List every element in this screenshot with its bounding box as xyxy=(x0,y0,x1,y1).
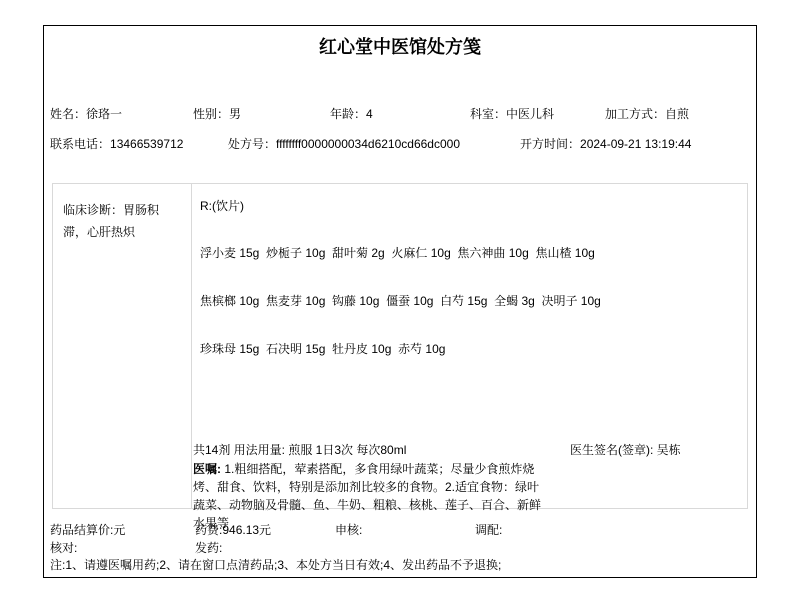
settlement-price-field: 药品结算价:元 xyxy=(50,523,125,537)
department-value: 中医儿科 xyxy=(506,107,554,121)
advice-line-1-text: 1.粗细搭配，荤素搭配，多食用绿叶蔬菜；尽量少食煎炸烧 xyxy=(224,462,534,476)
issue-label: 发药: xyxy=(195,541,222,555)
review-field: 申核: xyxy=(335,523,362,537)
advice-line-1: 医嘱: 1.粗细搭配，荤素搭配，多食用绿叶蔬菜；尽量少食煎炸烧 xyxy=(193,460,541,478)
herb-line-3: 珍珠母 15g 石决明 15g 牡丹皮 10g 赤芍 10g xyxy=(200,342,445,356)
processing-method-field: 加工方式：自煎 xyxy=(605,107,689,121)
department-label: 科室： xyxy=(470,107,506,121)
patient-age-value: 4 xyxy=(366,107,373,121)
medicine-fee-field: 药费:946.13元 xyxy=(195,523,271,537)
herb-line-2: 焦槟榔 10g 焦麦芽 10g 钩藤 10g 僵蚕 10g 白芍 15g 全蝎 … xyxy=(200,294,601,308)
rx-number-label: 处方号： xyxy=(228,137,276,151)
settlement-price-value: 元 xyxy=(113,523,125,537)
issue-field: 发药: xyxy=(195,541,222,555)
patient-age-label: 年龄： xyxy=(330,107,366,121)
patient-gender-label: 性别： xyxy=(193,107,229,121)
patient-gender-value: 男 xyxy=(229,107,241,121)
patient-age-field: 年龄：4 xyxy=(330,107,373,121)
issue-time-field: 开方时间：2024-09-21 13:19:44 xyxy=(520,137,691,151)
doctor-signature-value: 吴栋 xyxy=(657,443,681,457)
doctor-signature-field: 医生签名(签章): 吴栋 xyxy=(570,443,681,457)
rx-header: R:(饮片) xyxy=(200,199,244,213)
department-field: 科室：中医儿科 xyxy=(470,107,554,121)
phone-value: 13466539712 xyxy=(110,137,183,151)
dispense-label: 调配: xyxy=(475,523,502,537)
page-title: 红心堂中医馆处方笺 xyxy=(43,36,757,58)
usage-line: 共14剂 用法用量: 煎服 1日3次 每次80ml xyxy=(193,443,406,457)
rx-number-value: ffffffff0000000034d6210cd66dc000 xyxy=(276,137,460,151)
processing-method-value: 自煎 xyxy=(665,107,689,121)
herb-line-1: 浮小麦 15g 炒栀子 10g 甜叶菊 2g 火麻仁 10g 焦六神曲 10g … xyxy=(200,246,595,260)
review-label: 申核: xyxy=(335,523,362,537)
patient-name-field: 姓名：徐珞一 xyxy=(50,107,122,121)
patient-name-value: 徐珞一 xyxy=(86,107,122,121)
doctor-signature-label: 医生签名(签章): xyxy=(570,443,657,457)
check-field: 核对: xyxy=(50,541,77,555)
issue-time-label: 开方时间： xyxy=(520,137,580,151)
rx-number-field: 处方号：ffffffff0000000034d6210cd66dc000 xyxy=(228,137,460,151)
phone-label: 联系电话： xyxy=(50,137,110,151)
prescription-page: 红心堂中医馆处方笺 姓名：徐珞一 性别：男 年龄：4 科室：中医儿科 加工方式：… xyxy=(0,0,800,600)
medicine-fee-label: 药费: xyxy=(195,523,222,537)
patient-gender-field: 性别：男 xyxy=(193,107,241,121)
advice-line-3: 蔬菜、动物脑及骨髓、鱼、牛奶、粗粮、核桃、莲子、百合、新鲜 xyxy=(193,496,541,514)
settlement-price-label: 药品结算价: xyxy=(50,523,113,537)
issue-time-value: 2024-09-21 13:19:44 xyxy=(580,137,691,151)
advice-line-2: 烤、甜食、饮料，特别是添加剂比较多的食物。2.适宜食物：绿叶 xyxy=(193,478,541,496)
dispense-field: 调配: xyxy=(475,523,502,537)
check-label: 核对: xyxy=(50,541,77,555)
processing-method-label: 加工方式： xyxy=(605,107,665,121)
phone-field: 联系电话：13466539712 xyxy=(50,137,183,151)
advice-label: 医嘱: xyxy=(193,462,224,476)
patient-name-label: 姓名： xyxy=(50,107,86,121)
diagnosis-label: 临床诊断： xyxy=(63,203,123,217)
notes-line: 注:1、请遵医嘱用药;2、请在窗口点清药品;3、本处方当日有效;4、发出药品不予… xyxy=(50,558,501,572)
medical-advice: 医嘱: 1.粗细搭配，荤素搭配，多食用绿叶蔬菜；尽量少食煎炸烧 烤、甜食、饮料，… xyxy=(193,460,541,532)
diagnosis-cell: 临床诊断：胃肠积滞，心肝热炽 xyxy=(53,184,192,508)
medicine-fee-value: 946.13元 xyxy=(222,523,271,537)
